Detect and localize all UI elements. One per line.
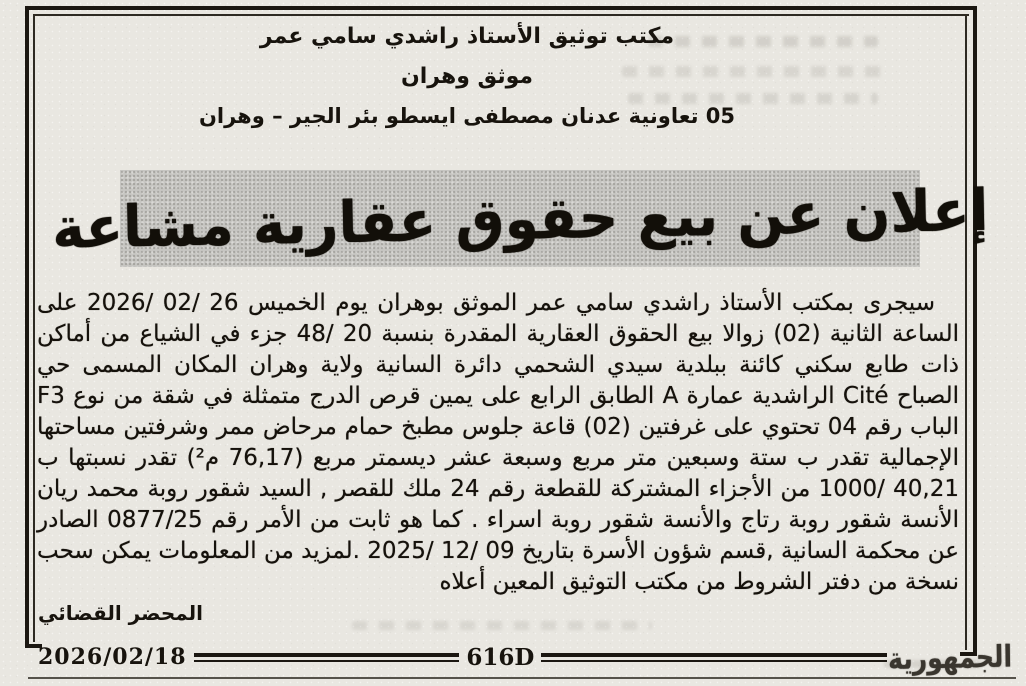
notice-title: إعلان عن بيع حقوق عقارية مشاعة bbox=[51, 176, 989, 261]
office-name: مكتب توثيق الأستاذ راشدي سامي عمر bbox=[0, 24, 943, 49]
office-role: موثق وهران bbox=[0, 64, 943, 89]
frame-top-outer-line bbox=[25, 6, 977, 10]
page-edge-line bbox=[28, 677, 1016, 679]
signature-judicial-officer: المحضر القضائي bbox=[38, 601, 203, 625]
office-address: 05 تعاونية عدنان مصطفى ايسطو بئر الجير –… bbox=[0, 104, 943, 128]
frame-top-inner-line bbox=[33, 14, 969, 16]
publication-date: 2026/02/18 bbox=[30, 644, 187, 670]
newspaper-clipping: مكتب توثيق الأستاذ راشدي سامي عمر موثق و… bbox=[0, 0, 1026, 686]
reference-code: 616D bbox=[466, 644, 534, 671]
notice-title-band: إعلان عن بيع حقوق عقارية مشاعة bbox=[120, 170, 920, 267]
notary-office-header: مكتب توثيق الأستاذ راشدي سامي عمر موثق و… bbox=[0, 24, 943, 128]
frame-right-inner-line bbox=[965, 14, 967, 650]
notice-body: سيجرى بمكتب الأستاذ راشدي سامي عمر الموث… bbox=[37, 288, 959, 598]
newspaper-logo: الجمهورية bbox=[894, 638, 1012, 675]
footer-row: 2026/02/18 616D الجمهورية bbox=[30, 644, 1012, 670]
frame-right-outer-line bbox=[973, 6, 977, 656]
divider-rule-left bbox=[194, 653, 460, 662]
bleedthrough-artifact bbox=[352, 621, 652, 630]
divider-rule-right bbox=[541, 653, 887, 662]
